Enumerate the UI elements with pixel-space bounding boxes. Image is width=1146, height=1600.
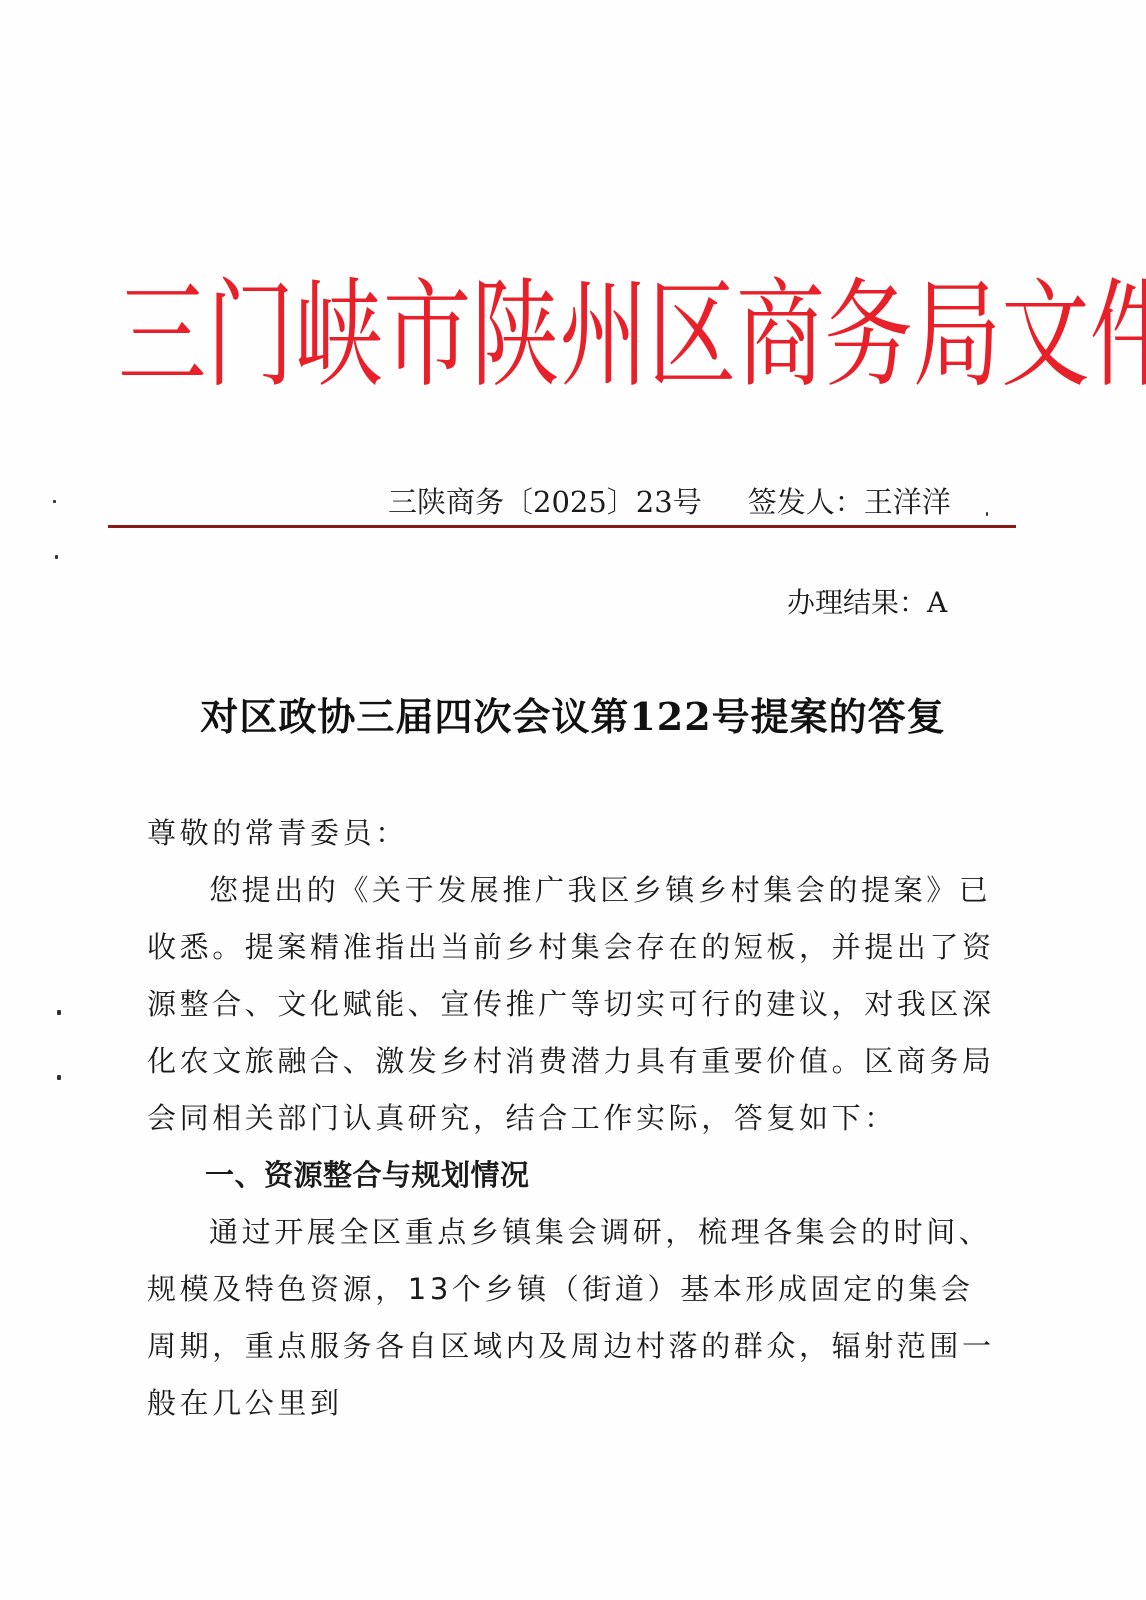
scan-speck [53, 500, 56, 503]
masthead-char: 州 [560, 256, 648, 415]
scan-speck [57, 1075, 61, 1080]
masthead-char: 峡 [295, 256, 383, 415]
red-divider-rule [108, 525, 1016, 528]
section-heading: 一、资源整合与规划情况 [147, 1147, 997, 1204]
masthead-char: 三 [118, 256, 206, 415]
masthead-char: 门 [206, 256, 294, 415]
masthead-char: 陕 [471, 256, 559, 415]
section-paragraph: 通过开展全区重点乡镇集会调研，梳理各集会的时间、规模及特色资源，13个乡镇（街道… [147, 1204, 997, 1432]
handling-result-label: 办理结果： [787, 586, 927, 619]
scan-speck [57, 1010, 61, 1015]
signer-label: 签发人： [748, 485, 864, 519]
body-paragraph: 您提出的《关于发展推广我区乡镇乡村集会的提案》已收悉。提案精准指出当前乡村集会存… [147, 862, 997, 1147]
scan-speck [55, 555, 58, 559]
issuer-masthead: 三门峡市陕州区商务局文件 [118, 270, 937, 400]
document-meta-line: 三陕商务〔2025〕23号签发人：王洋洋 [388, 482, 1008, 522]
document-number: 三陕商务〔2025〕23号 [388, 485, 702, 519]
salutation: 尊敬的常青委员： [147, 805, 997, 862]
scan-speck [986, 512, 988, 516]
masthead-char: 市 [383, 256, 471, 415]
document-body: 尊敬的常青委员： 您提出的《关于发展推广我区乡镇乡村集会的提案》已收悉。提案精准… [147, 805, 997, 1432]
signer-name: 王洋洋 [864, 485, 951, 519]
document-page: 三门峡市陕州区商务局文件 三陕商务〔2025〕23号签发人：王洋洋 办理结果：A… [0, 0, 1146, 1600]
document-title: 对区政协三届四次会议第122号提案的答复 [0, 692, 1146, 742]
masthead-char: 商 [736, 256, 824, 415]
masthead-char: 区 [648, 256, 736, 415]
handling-result-value: A [927, 586, 947, 619]
masthead-char: 务 [825, 256, 913, 415]
masthead-char: 件 [1090, 256, 1146, 415]
masthead-char: 局 [913, 256, 1001, 415]
handling-result: 办理结果：A [787, 585, 947, 621]
masthead-char: 文 [1001, 256, 1089, 415]
